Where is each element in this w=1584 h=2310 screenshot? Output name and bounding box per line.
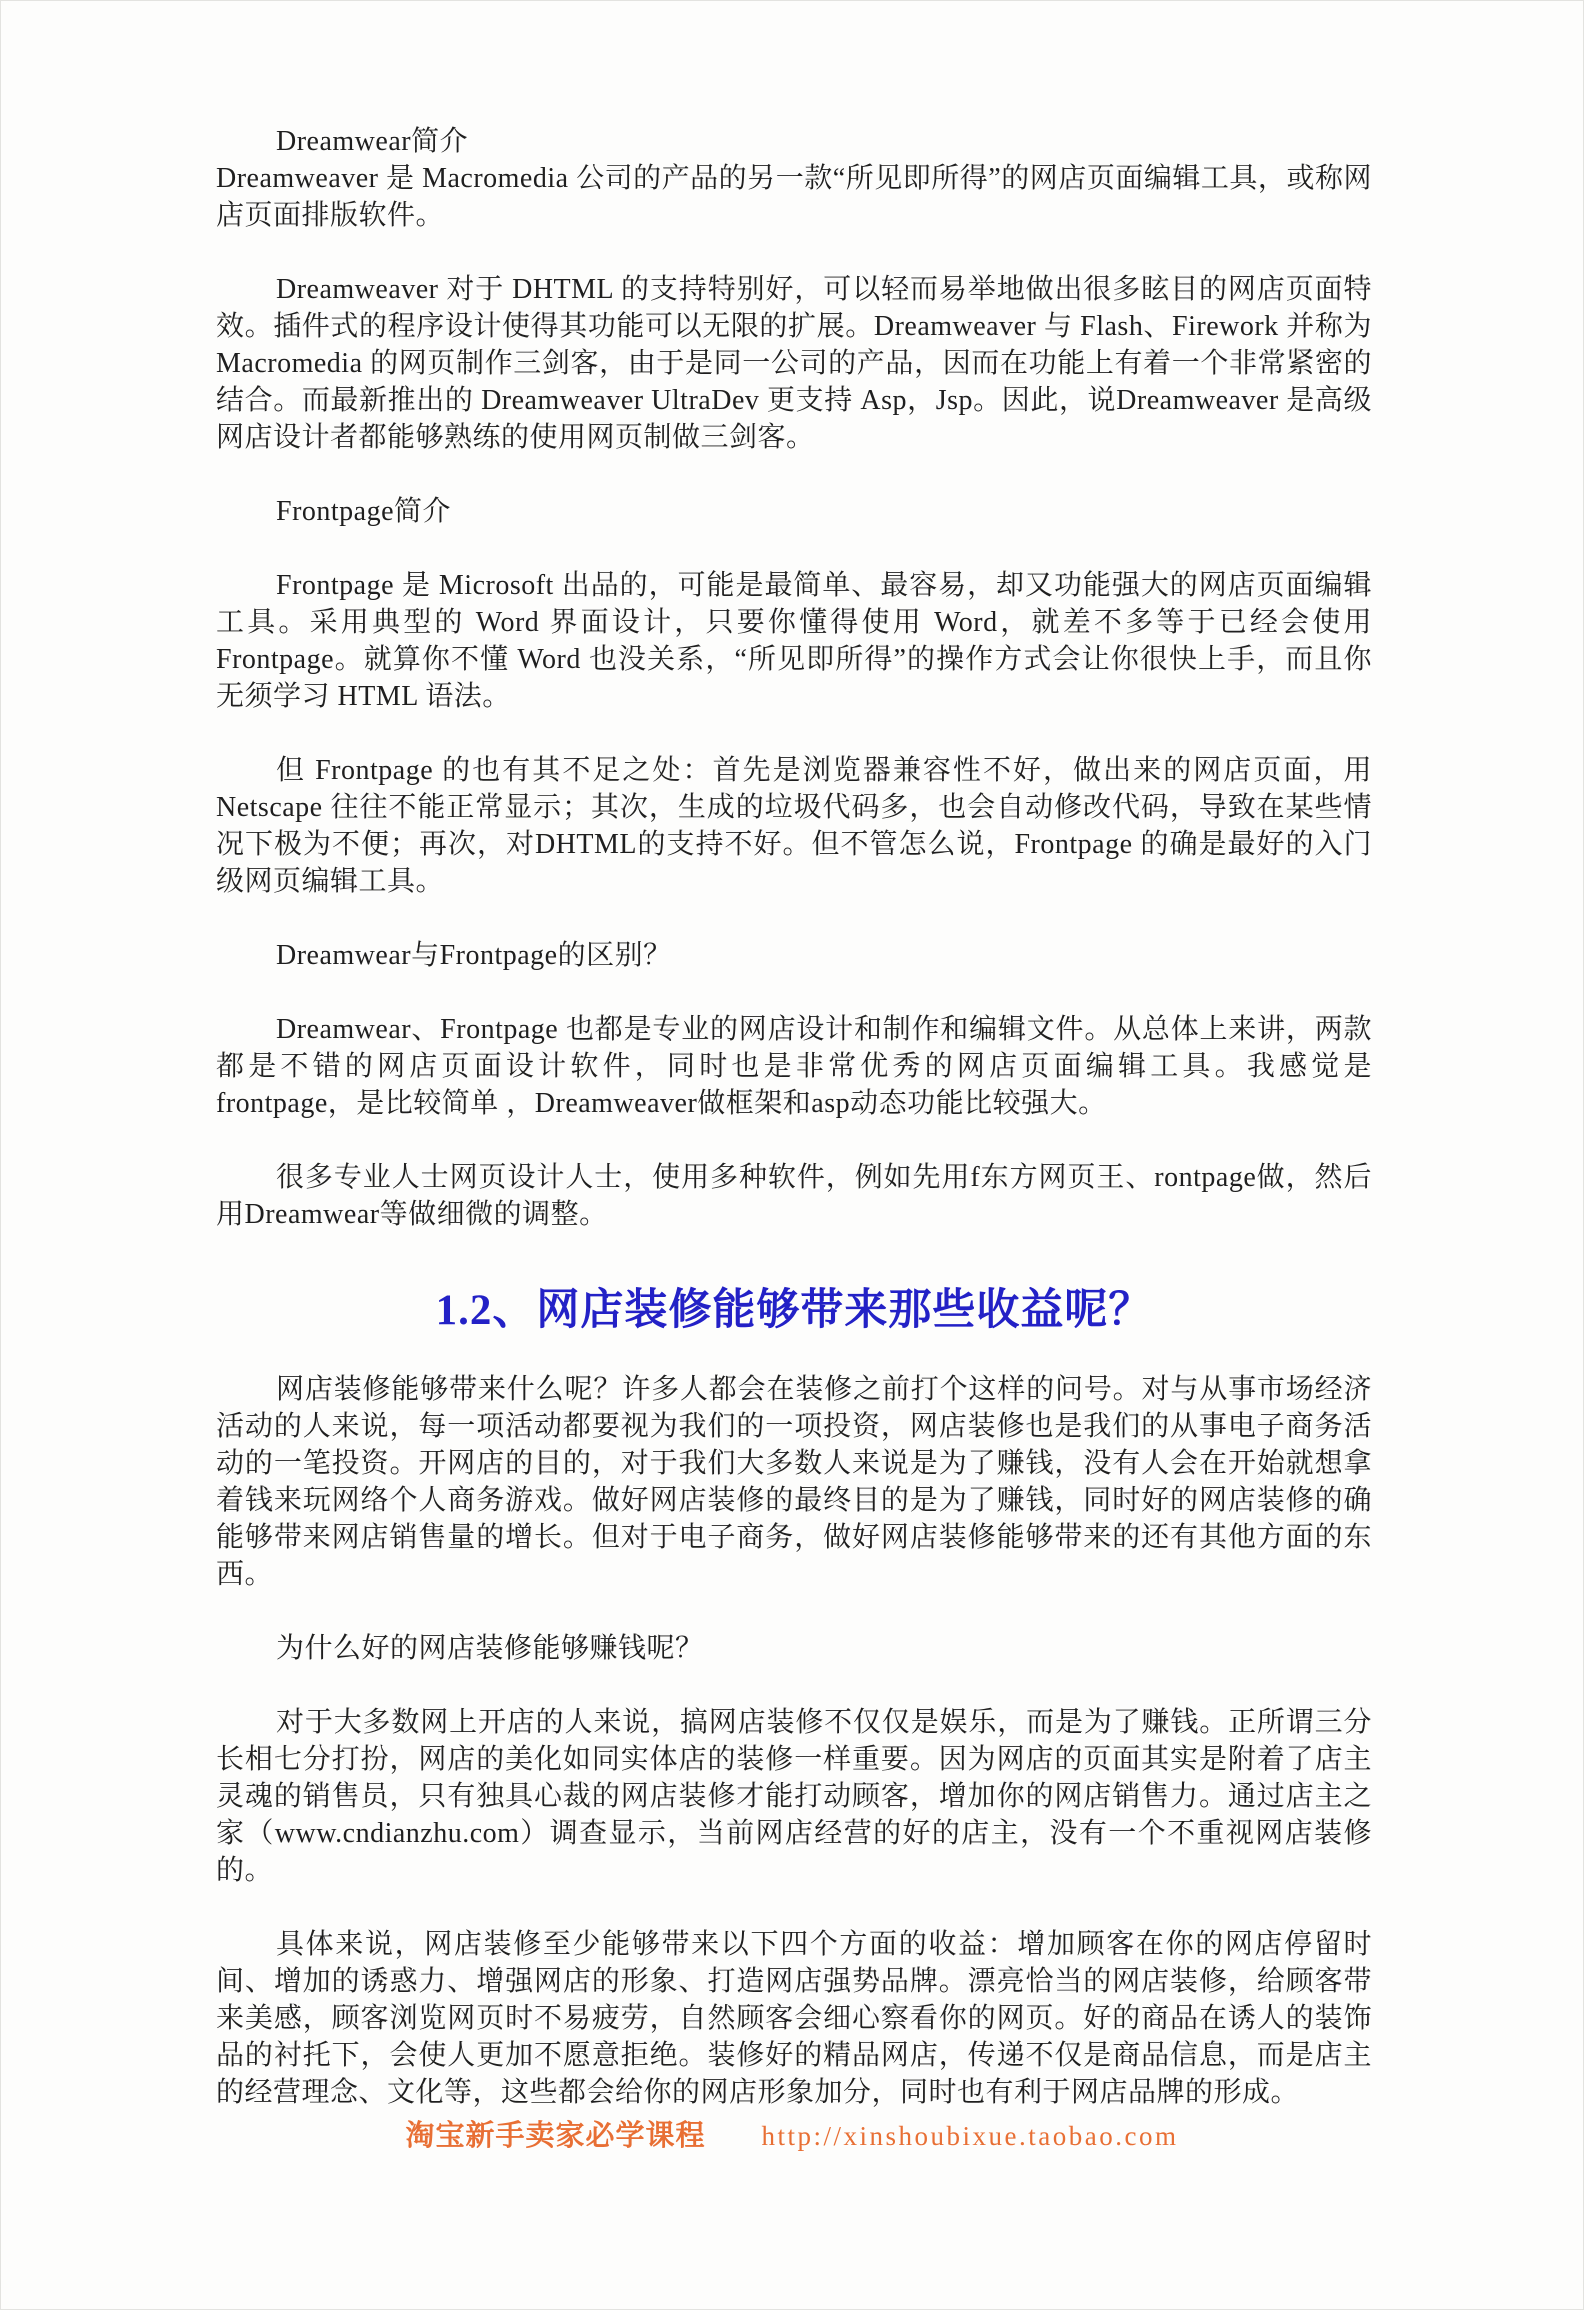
footer-course-label: 淘宝新手卖家必学课程 bbox=[406, 2113, 706, 2154]
paragraph: 但 Frontpage 的也有其不足之处：首先是浏览器兼容性不好，做出来的网店页… bbox=[216, 752, 1372, 900]
topic-line-dreamwear-intro: Dreamwear简介 bbox=[216, 123, 1372, 160]
document-body: Dreamwear简介Dreamweaver 是 Macromedia 公司的产… bbox=[216, 123, 1372, 2148]
page-footer: 淘宝新手卖家必学课程 http://xinshoubixue.taobao.co… bbox=[1, 2113, 1583, 2154]
topic-line-difference: Dreamwear与Frontpage的区别？ bbox=[216, 937, 1372, 974]
paragraph: Dreamweaver 对于 DHTML 的支持特别好，可以轻而易举地做出很多眩… bbox=[216, 271, 1372, 456]
paragraph: 很多专业人士网页设计人士，使用多种软件，例如先用f东方网页王、rontpage做… bbox=[216, 1159, 1372, 1233]
topic-line-frontpage-intro: Frontpage简介 bbox=[216, 493, 1372, 530]
paragraph: 对于大多数网上开店的人来说，搞网店装修不仅仅是娱乐，而是为了赚钱。正所谓三分长相… bbox=[216, 1704, 1372, 1889]
section-heading: 1.2、网店装修能够带来那些收益呢？ bbox=[216, 1283, 1372, 1339]
paragraph: Dreamweaver 是 Macromedia 公司的产品的另一款“所见即所得… bbox=[216, 160, 1372, 234]
paragraph: 具体来说，网店装修至少能够带来以下四个方面的收益：增加顾客在你的网店停留时间、增… bbox=[216, 1926, 1372, 2111]
document-page: Dreamwear简介Dreamweaver 是 Macromedia 公司的产… bbox=[0, 0, 1584, 2310]
paragraph: Dreamwear、Frontpage 也都是专业的网店设计和制作和编辑文件。从… bbox=[216, 1011, 1372, 1122]
footer-url: http://xinshoubixue.taobao.com bbox=[762, 2121, 1179, 2152]
topic-line-why-earn: 为什么好的网店装修能够赚钱呢？ bbox=[216, 1630, 1372, 1667]
paragraph: Frontpage 是 Microsoft 出品的，可能是最简单、最容易，却又功… bbox=[216, 567, 1372, 715]
paragraph: 网店装修能够带来什么呢？许多人都会在装修之前打个这样的问号。对与从事市场经济活动… bbox=[216, 1371, 1372, 1593]
